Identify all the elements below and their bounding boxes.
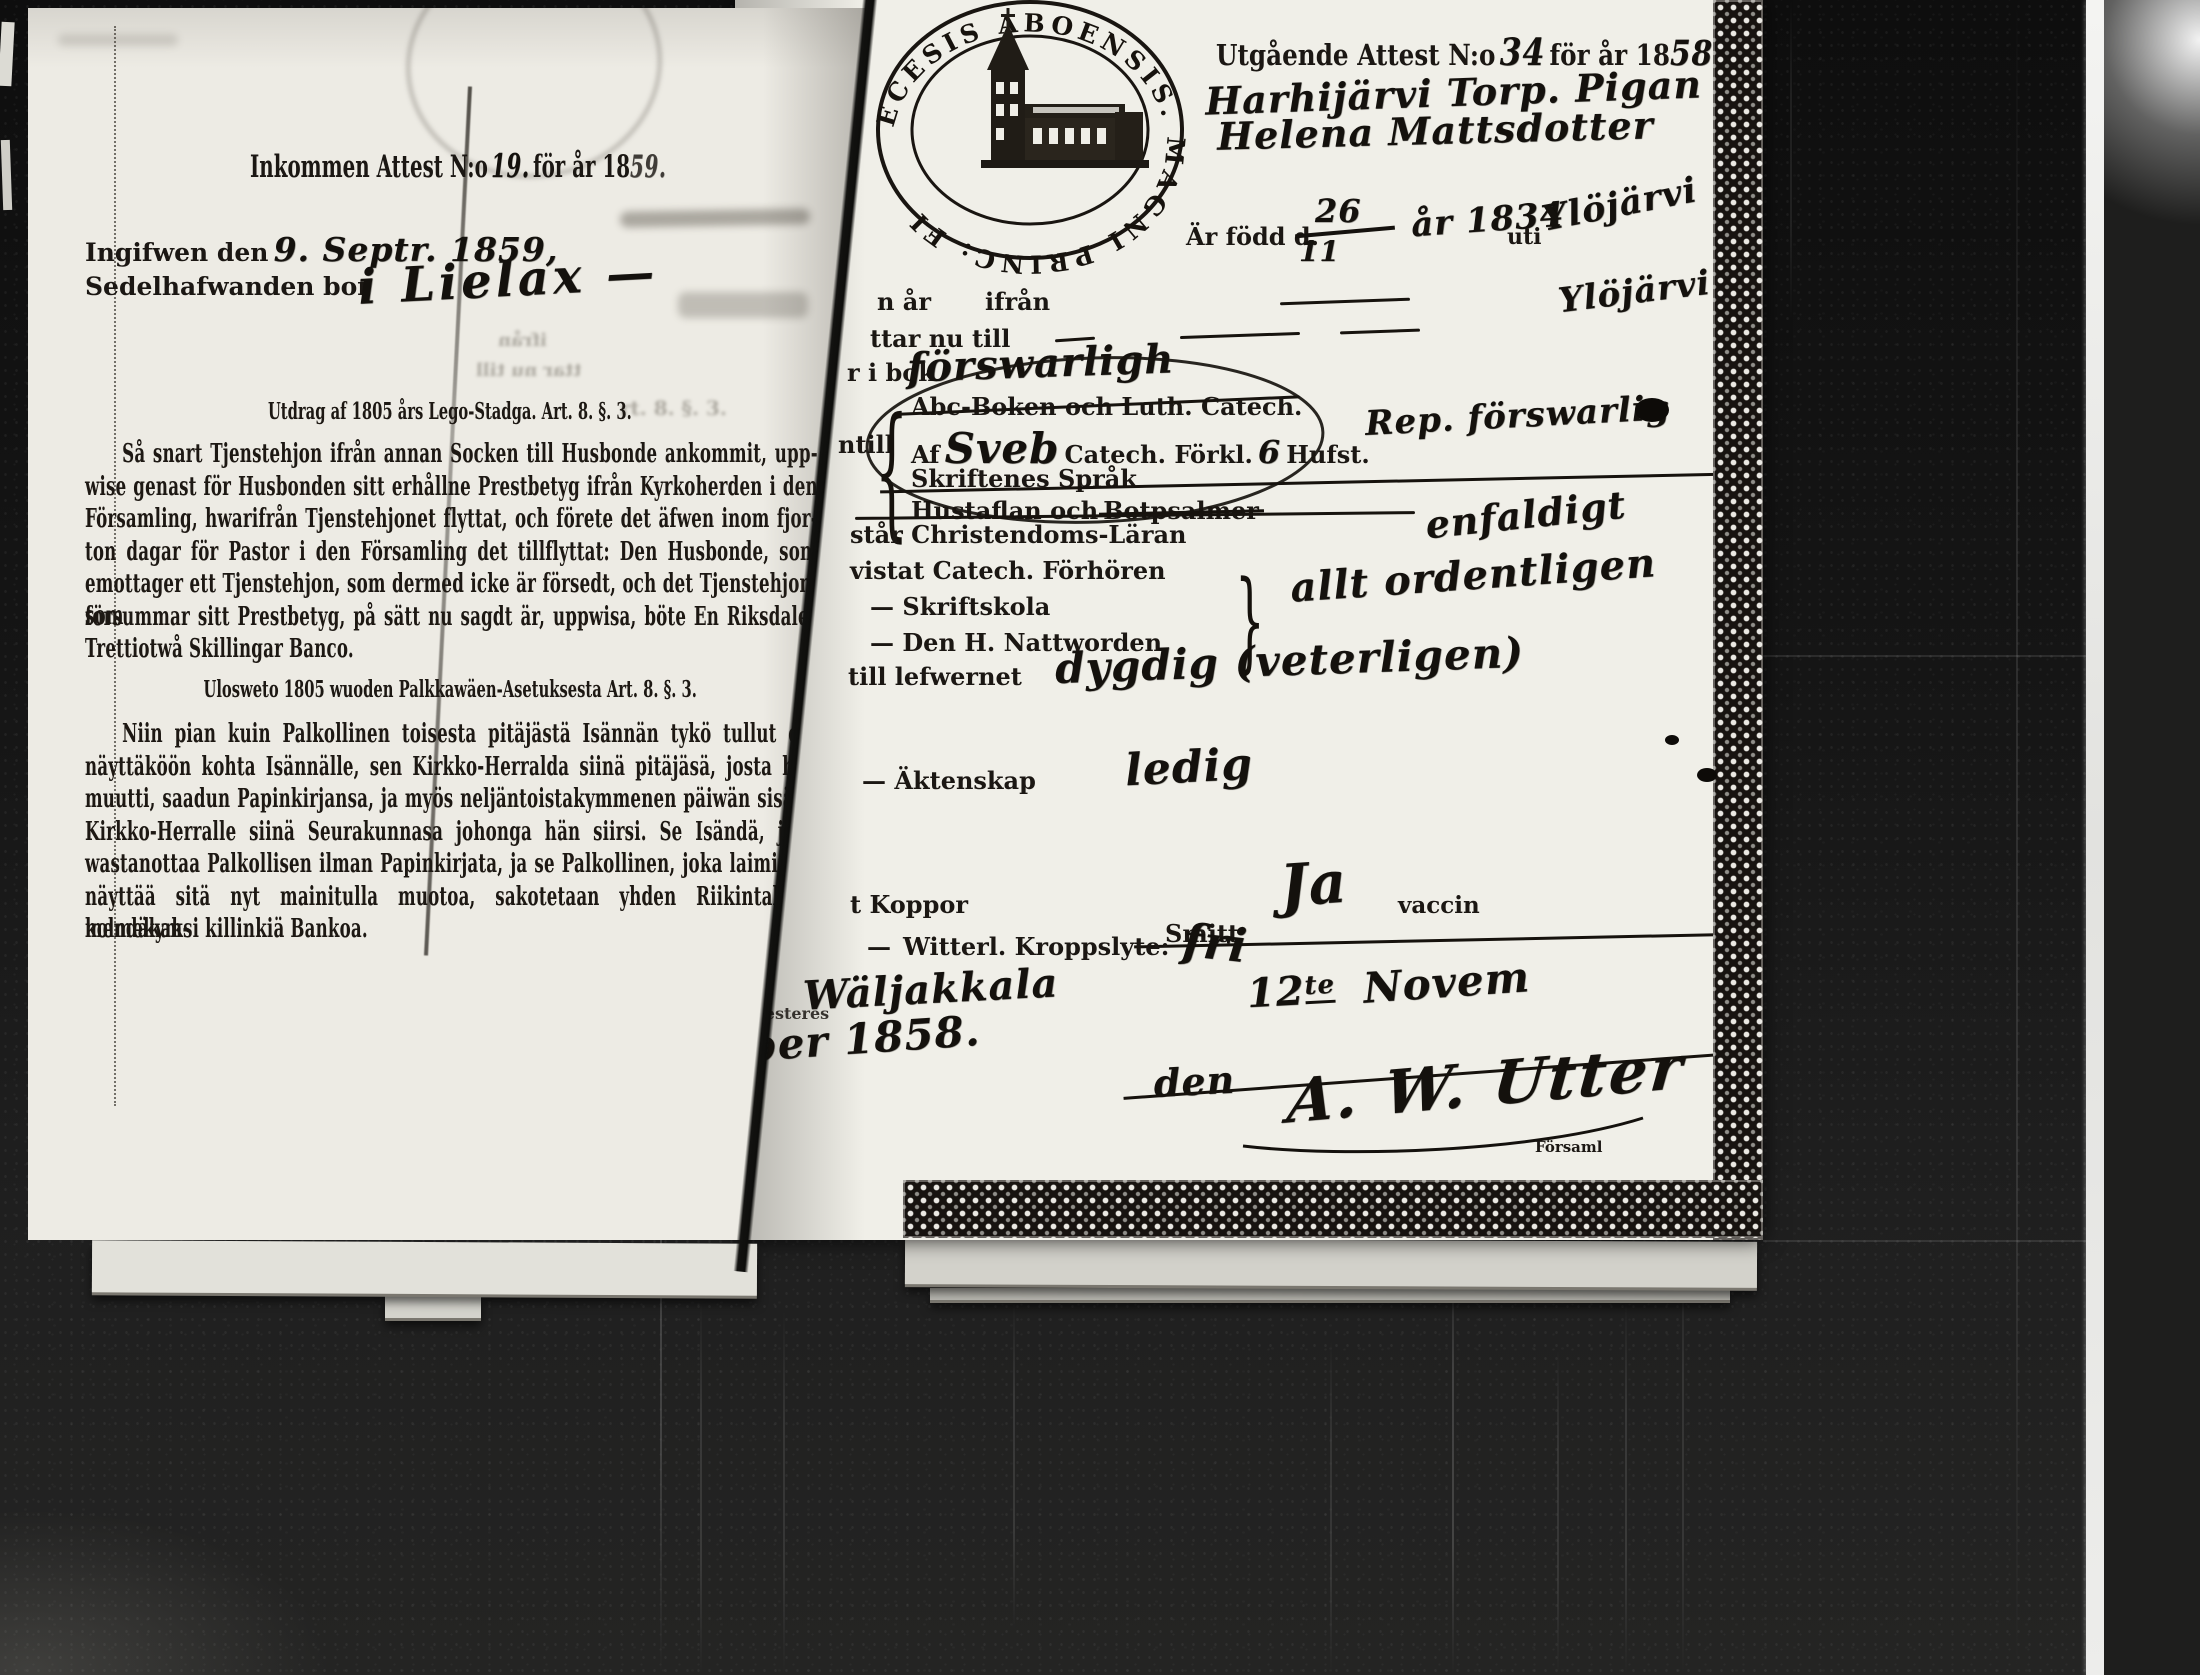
finnish-statute-heading: Ulosweto 1805 wuoden Palkkawäen-Asetukse…: [103, 676, 797, 703]
repetition-note-handwritten: Rep. förswarlig: [1364, 388, 1671, 444]
label-attended-fragment: vistat Catech. Förhören: [850, 556, 1166, 585]
paragraph-line: näyttäköön kohta Isännälle, sen Kirkko-H…: [85, 751, 818, 784]
paragraph-line: mendäkaksi killinkiä Bankoa.: [85, 913, 818, 946]
scratch-line: [2016, 0, 2018, 1675]
title-printed-year: för år 18: [533, 149, 630, 185]
paragraph-line: Så snart Tjenstehjon ifrån annan Socken …: [85, 438, 818, 471]
attest-month-handwritten: Novem: [1361, 952, 1531, 1013]
smudge-blob: [678, 292, 808, 318]
marriage-value-handwritten: ledig: [1124, 739, 1254, 797]
birth-date-fraction: 26 11: [1295, 192, 1395, 268]
received-label: Ingifwen den: [85, 238, 268, 267]
ornamental-border-right: [1713, 0, 1763, 1240]
label-vaccin: vaccin: [1398, 892, 1480, 919]
title-year-handwritten: 59.: [630, 149, 666, 185]
holder-label: Sedelhafwanden bor: [85, 272, 370, 301]
label-year-fragment: n år: [877, 287, 931, 316]
paragraph-line: Kirkko-Herralle siinä Seurakunnasa johon…: [85, 816, 818, 849]
scratch-line: [1330, 1340, 1332, 1675]
birth-day: 26: [1315, 192, 1362, 230]
scratch-line: [1790, 0, 1792, 320]
page-stack-edge: [930, 1288, 1730, 1300]
paragraph-line: wise genast för Husbonden sitt erhållne …: [85, 471, 818, 504]
attest-day-suffix: te: [1304, 970, 1336, 1005]
incoming-attest-title: Inkommen Attest N:o 19. för år 1859.: [250, 146, 660, 185]
paragraph-line: näyttää sitä nyt mainitulla muotoa, sako…: [85, 881, 818, 914]
born-uti-label: uti: [1507, 224, 1542, 250]
scratch-line: [1013, 1300, 1015, 1630]
defect-value-handwritten: fri: [1180, 913, 1250, 973]
attest-day-number: 12: [1246, 967, 1306, 1017]
header-printed-prefix: Utgående Attest N:o: [1216, 38, 1495, 72]
page-stack-edge: [92, 1240, 757, 1295]
bleedthrough-text: ifrån: [498, 330, 547, 351]
ink-blot: [1635, 398, 1669, 422]
communion-value-handwritten: allt ordentligen: [1289, 539, 1658, 611]
scratch-line: [1557, 1350, 1559, 1675]
paragraph-line: Församling, hwarifrån Tjenstehjonet flyt…: [85, 503, 818, 536]
scratch-line: [1625, 1300, 1627, 1675]
ornamental-border-bottom: [903, 1180, 1763, 1238]
torn-paper-bit: [0, 22, 15, 87]
ink-dash: [1280, 298, 1410, 306]
label-marriage: — Äktenskap: [862, 766, 1036, 795]
scratch-line: [783, 1310, 785, 1675]
smallpox-struck-word: Smitt: [1165, 919, 1763, 948]
torn-paper-bit: [1, 140, 12, 210]
bleedthrough-text: ttar nu till: [476, 360, 581, 381]
archival-scan: ECESIS ABOENSIS. MAGNI PRINC: FI: [0, 0, 2200, 1675]
defect-dash: —: [867, 932, 891, 961]
signature-caption-printed: Församl: [1535, 1138, 1602, 1156]
label-smallpox-fragment: t Koppor: [850, 890, 968, 919]
smallpox-value-handwritten: Ja: [1278, 848, 1350, 921]
smudge-topleft: [58, 34, 178, 46]
ink-speck: [1665, 735, 1679, 745]
label-confirmation-school: — Skriftskola: [870, 592, 1050, 621]
film-margin-dark: [2104, 0, 2200, 1675]
scratch-line: [1452, 1245, 1454, 1675]
swedish-statute-paragraph: Så snart Tjenstehjon ifrån annan Socken …: [85, 438, 873, 666]
birth-place-handwritten: Ylöjärvi: [1539, 169, 1701, 239]
paragraph-line: Trettiotwå Skillingar Banco.: [85, 633, 818, 666]
page-stack-edge: [905, 1238, 1757, 1288]
paragraph-line: muutti, saadun Papinkirjansa, ja myös ne…: [85, 783, 818, 816]
ink-dash: [1180, 332, 1300, 339]
attest-day-handwritten: 12te: [1246, 966, 1337, 1018]
scratch-line: [700, 1300, 702, 1675]
corner-glow: [0, 1480, 420, 1675]
page-stack-tab: [385, 1294, 481, 1318]
label-from: ifrån: [985, 287, 1050, 316]
paragraph-line: wastanottaa Palkollisen ilman Papinkirja…: [85, 848, 818, 881]
film-edge-strip: [2086, 0, 2104, 1675]
finnish-statute-paragraph: Niin pian kuin Palkollinen toisesta pitä…: [85, 718, 873, 946]
swedish-statute-heading: Utdrag af 1805 års Lego-Stadga. Art. 8. …: [158, 398, 742, 425]
right-document-page: ECESIS ABOENSIS. MAGNI PRINC: FI: [735, 0, 1763, 1240]
left-document-page: rt. 8. §. 3. ifrån ttar nu till Inkommen…: [28, 8, 873, 1240]
label-conduct-fragment: till lefwernet: [848, 662, 1022, 691]
title-number-handwritten: 19.: [491, 146, 530, 185]
birth-month: 11: [1299, 235, 1340, 268]
ink-speck: [1697, 768, 1717, 782]
paragraph-line: ton dagar för Pastor i den Församling de…: [85, 536, 818, 569]
diocese-seal: ECESIS ABOENSIS. MAGNI PRINC: FI: [863, 0, 1197, 276]
moved-place-handwritten: Ylöjärvi: [1556, 263, 1713, 321]
label-bodily-defect: Witterl. Kroppslyte:: [903, 932, 1169, 961]
scratch-line: [1682, 1245, 1684, 1675]
hand-drawn-circle: [855, 342, 1335, 538]
title-printed-prefix: Inkommen Attest N:o: [250, 149, 488, 185]
smudge-streak: [620, 208, 810, 227]
paragraph-line: Niin pian kuin Palkollinen toisesta pitä…: [85, 718, 818, 751]
ink-dash: [1340, 329, 1420, 335]
paragraph-line: försummar sitt Prestbetyg, på sätt nu sa…: [85, 601, 818, 634]
paragraph-line: emottager ett Tjenstehjon, som dermed ic…: [85, 568, 818, 601]
